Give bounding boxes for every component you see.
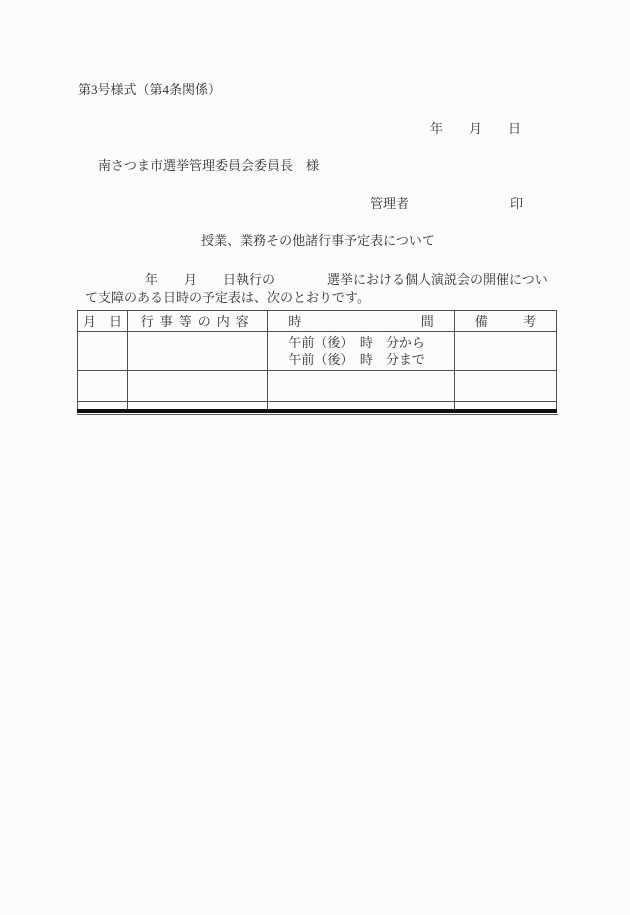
cell-remarks-row1 — [454, 332, 556, 371]
body-text-line-1: 年 月 日執行の 選挙における個人演説会の開催につい — [145, 272, 548, 287]
cell-month-day-stub — [78, 402, 128, 412]
cell-event-stub — [128, 402, 268, 412]
document-title: 授業、業務その他諸行事予定表について — [0, 233, 630, 248]
schedule-table: 月 日 行事等の内容 時 間 備 考 — [77, 310, 557, 413]
cell-month-day-row2 — [78, 371, 128, 402]
cell-time-row2 — [268, 371, 454, 402]
header-remarks-right-char: 考 — [523, 314, 536, 329]
seal-label: 印 — [510, 196, 523, 211]
table-header-row: 月 日 行事等の内容 時 間 備 考 — [78, 311, 557, 332]
table-stub-row — [78, 402, 557, 412]
table-row — [78, 371, 557, 402]
header-cell-time: 時 間 — [268, 311, 454, 332]
document-page: 第3号様式（第4条関係） 年 月 日 南さつま市選挙管理委員会委員長 様 管理者… — [0, 0, 630, 915]
header-time-left-char: 時 — [288, 314, 301, 329]
cell-time-row1: 午前（後） 時 分から 午前（後） 時 分まで — [268, 332, 454, 371]
header-cell-month-day: 月 日 — [78, 311, 128, 332]
cell-remarks-stub — [454, 402, 556, 412]
table-row: 午前（後） 時 分から 午前（後） 時 分まで — [78, 332, 557, 371]
addressee-line: 南さつま市選挙管理委員会委員長 様 — [98, 158, 319, 173]
table-bottom-rule — [77, 414, 558, 415]
date-line: 年 月 日 — [430, 121, 521, 136]
cell-month-day-row1 — [78, 332, 128, 371]
header-cell-remarks: 備 考 — [454, 311, 556, 332]
body-text-line-2: て支障のある日時の予定表は、次のとおりです。 — [85, 290, 370, 305]
cell-remarks-row2 — [454, 371, 556, 402]
time-to-line: 午前（後） 時 分まで — [268, 351, 453, 368]
time-from-line: 午前（後） 時 分から — [268, 334, 453, 351]
header-remarks-left-char: 備 — [475, 314, 488, 329]
cell-time-stub — [268, 402, 454, 412]
header-time-right-char: 間 — [421, 314, 434, 329]
manager-label: 管理者 — [370, 196, 409, 211]
header-cell-event: 行事等の内容 — [128, 311, 268, 332]
cell-event-row1 — [128, 332, 268, 371]
cell-event-row2 — [128, 371, 268, 402]
form-number: 第3号様式（第4条関係） — [78, 82, 221, 97]
